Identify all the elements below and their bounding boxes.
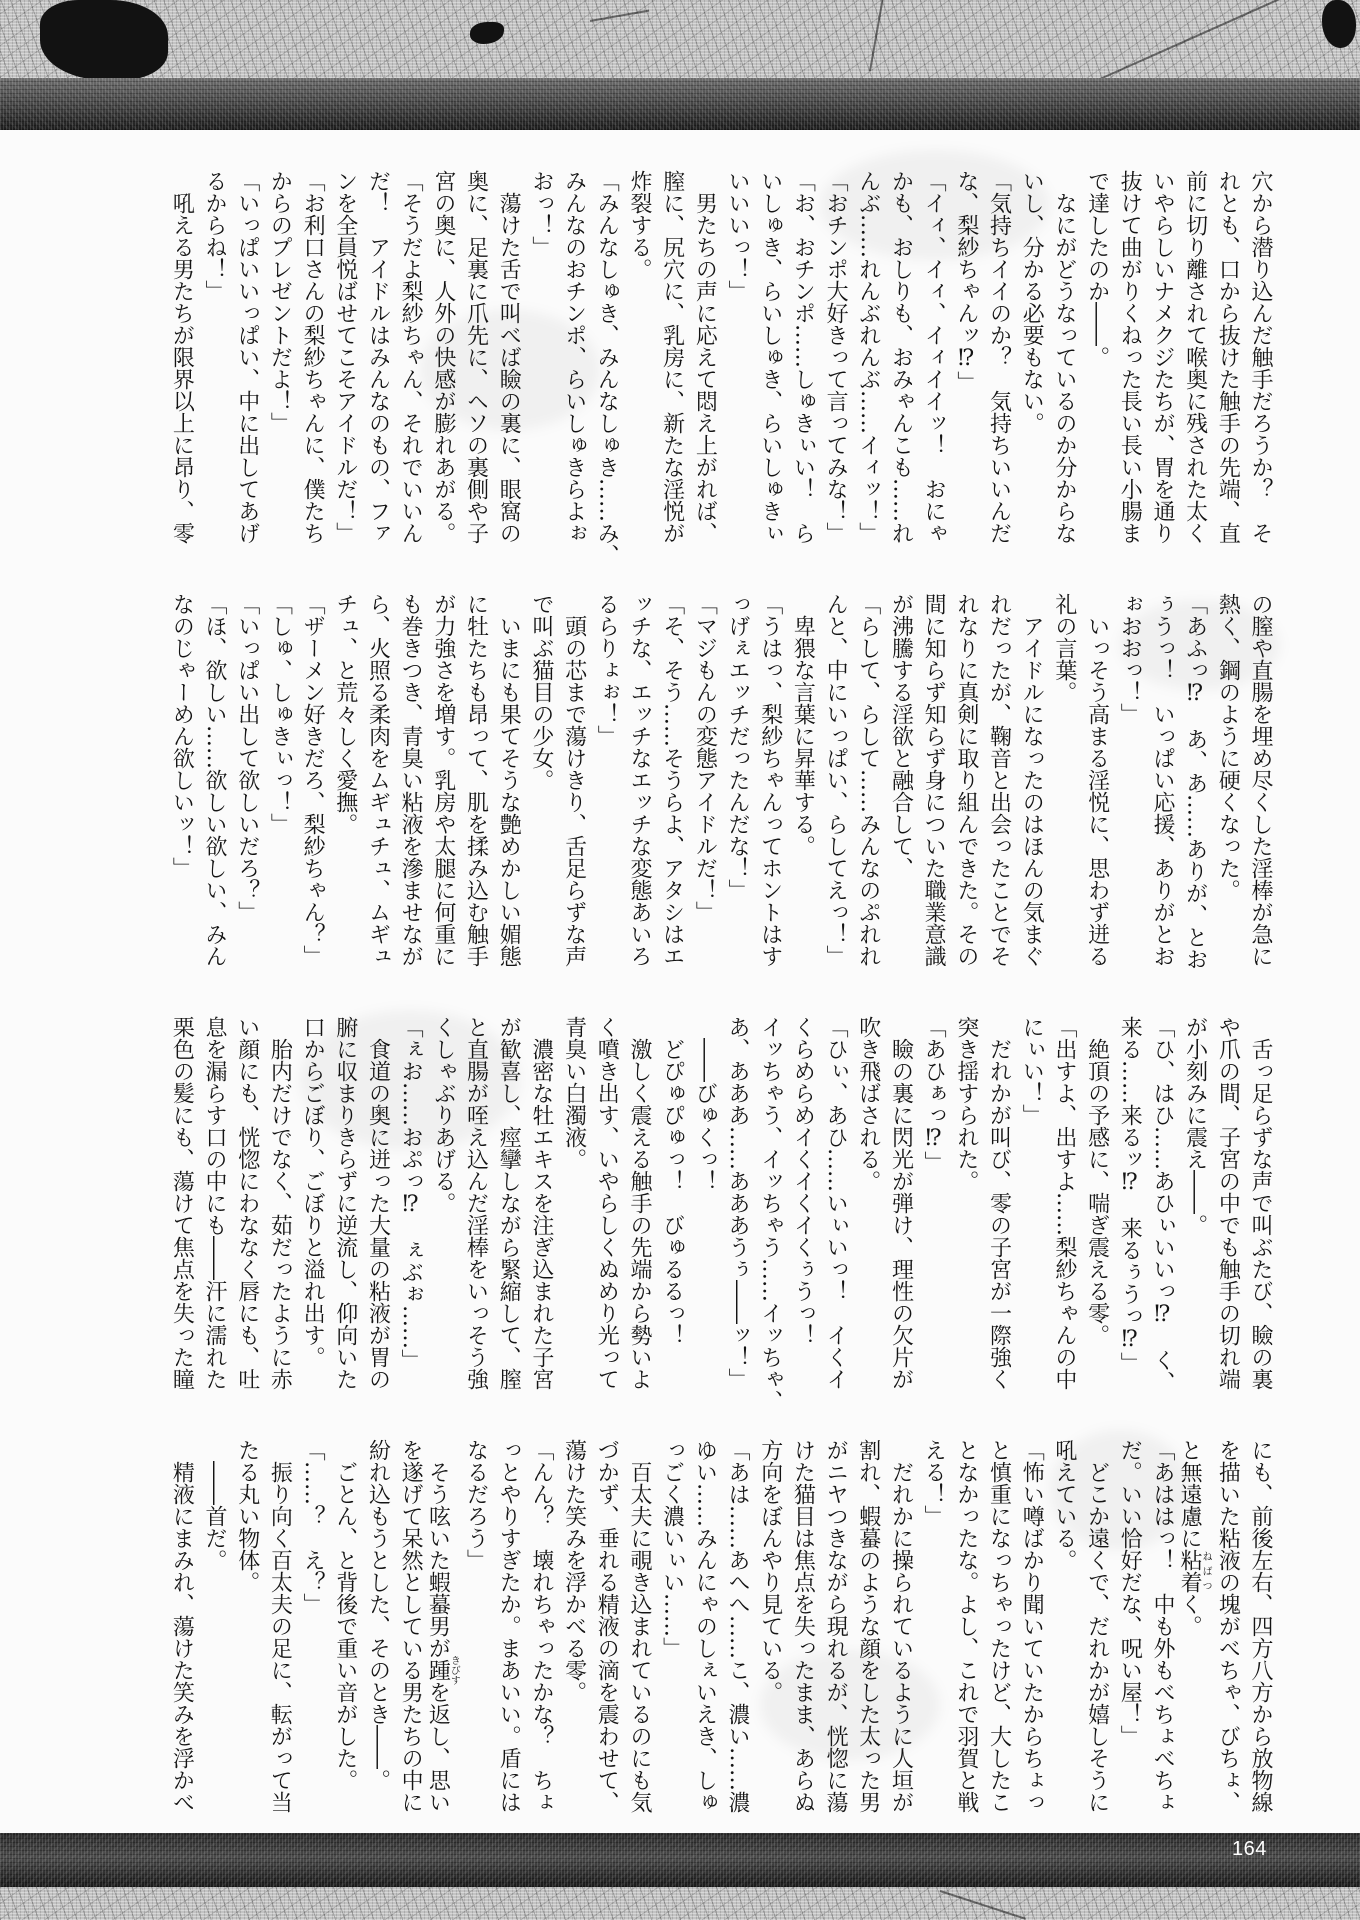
text-column: 方向をぼんやり見ている。 (753, 1439, 786, 1819)
text-column: える！」 (916, 1439, 949, 1819)
text-column: 「気持ちイイのか？ 気持ちいいんだ (982, 170, 1015, 550)
text-column: に牡たちも昂って、肌を揉み込む触手 (459, 593, 492, 973)
text-column: ッチな、エッチなエッチな変態あいろ (622, 593, 655, 973)
text-column: そう呟いた蝦蟇男が踵きびすを返し、思い (426, 1439, 459, 1819)
text-column: 「ひぃ、あひ……いぃいっ！ イくイ (818, 1016, 851, 1396)
text-column: みんなのおチンポ、らいしゅきらよぉ (557, 170, 590, 550)
text-column: な、梨紗ちゃんッ⁉」 (949, 170, 982, 550)
text-column: 百太夫に覗き込まれているのにも気 (622, 1439, 655, 1819)
text-column: 「マジもんの変態アイドルだ！」 (688, 593, 721, 973)
text-column: 精液にまみれ、蕩けた笑みを浮かべ (165, 1439, 198, 1819)
header-ink-blot-left (40, 0, 168, 80)
header-dark-band (0, 78, 1360, 130)
text-column: 「そうだよ梨紗ちゃん、それでいいん (393, 170, 426, 550)
text-column: 吼えている。 (1047, 1439, 1080, 1819)
text-column: 「いっぱいいっぱい、中に出してあげ (230, 170, 263, 550)
text-column: 激しく震える触手の先端から勢いよ (622, 1016, 655, 1396)
ruby-reading: きびす (448, 1655, 459, 1685)
text-column: 奥に、足裏に爪先に、ヘソの裏側や子 (459, 170, 492, 550)
text-column: いまにも果てそうな艶めかしい媚態 (492, 593, 525, 973)
text-column: いいいっ！」 (720, 170, 753, 550)
text-column: 腑に収まりきらずに逆流し、仰向いた (328, 1016, 361, 1396)
text-column: 濃密な牡エキスを注ぎ込まれた子宮 (524, 1016, 557, 1396)
text-column: からのプレゼントだよ！」 (263, 170, 296, 550)
text-column: い顔にも、恍惚にわななく唇にも、吐 (230, 1016, 263, 1396)
text-column: がニヤつきながら現れるが、恍惚に蕩 (818, 1439, 851, 1819)
text-column: 蕩けた笑みを浮かべる零。 (557, 1439, 590, 1819)
text-column: づかず、垂れる精液の滴を震わせて、 (590, 1439, 623, 1819)
text-column: ――首だ。 (197, 1439, 230, 1819)
text-column: なるだろう」 (459, 1439, 492, 1819)
text-column: 「うはっ、梨紗ちゃんってホントはす (753, 593, 786, 973)
text-column: アイドルになったのはほんの気まぐ (1015, 593, 1048, 973)
text-column: と直腸が咥え込んだ淫棒をいっそう強 (459, 1016, 492, 1396)
text-column: 振り向く百太夫の足に、転がって当 (263, 1439, 296, 1819)
text-segment: と無遠慮に (1177, 1439, 1202, 1549)
text-column: れとも、口から抜けた触手の先端、直 (1211, 170, 1244, 550)
text-column: 前に切り離されて喉奥に残された太く (1178, 170, 1211, 550)
text-column: んぶ……れんぶれんぶ……イィッ！」 (851, 170, 884, 550)
text-column: 胎内だけでなく、茹だったように赤 (263, 1016, 296, 1396)
text-column: くしゃぶりあげる。 (426, 1016, 459, 1396)
text-column: にも、前後左右、四方八方から放物線 (1243, 1439, 1276, 1819)
text-column: 男たちの声に応えて悶え上がれば、 (688, 170, 721, 550)
text-column: が力強さを増す。乳房や太腿に何重に (426, 593, 459, 973)
ruby-base: 粘着 (1177, 1549, 1202, 1593)
text-column: あ、あああ……あああうぅ――ッ！」 (720, 1016, 753, 1396)
text-column: 宮の奥に、人外の快感が膨れあがる。 (426, 170, 459, 550)
text-column: 「出すよ、出すよ……梨紗ちゃんの中 (1047, 1016, 1080, 1396)
text-column: となかったな。よし、これで羽賀と戦 (949, 1439, 982, 1819)
text-column: 「いっぱい出して欲しいだろ？」 (230, 593, 263, 973)
text-column: 「ザーメン好きだろ、梨紗ちゃん？」 (295, 593, 328, 973)
text-column: ら、火照る柔肉をムギュチュ、ムギュ (361, 593, 394, 973)
text-column: 吹き飛ばされる。 (851, 1016, 884, 1396)
text-column: だれかが叫び、零の子宮が一際強く (982, 1016, 1015, 1396)
text-column: 間に知らず知らず身についた職業意識 (916, 593, 949, 973)
text-column: 「おチンポ大好きって言ってみな！」 (818, 170, 851, 550)
text-segment: く。 (1177, 1593, 1202, 1637)
text-column: が歓喜し、痙攣しながら緊縮して、膣 (492, 1016, 525, 1396)
ruby-annotation: 粘着ねばつ (1177, 1549, 1202, 1593)
text-column: 「あははっ！ 中も外もべちょべちょ (1145, 1439, 1178, 1819)
text-column: るらりょぉ！」 (590, 593, 623, 973)
text-column: だ。いい恰好だな、呪い屋！」 (1113, 1439, 1146, 1819)
text-column: 「みんなしゅき、みんなしゅき……み、 (590, 170, 623, 550)
text-column: 「お、おチンポ……しゅきぃい！ ら (786, 170, 819, 550)
text-column: 食道の奥に迸った大量の粘液が胃の (361, 1016, 394, 1396)
text-column: で達したのか――。 (1080, 170, 1113, 550)
text-segment: を返し、思い (425, 1681, 450, 1813)
text-column: 「お利口さんの梨紗ちゃんに、僕たち (295, 170, 328, 550)
text-column: んと、中にいっぱい、らしてえっ！」 (818, 593, 851, 973)
text-column: いし、分かる必要もない。 (1015, 170, 1048, 550)
text-column: どこか遠くで、だれかが嬉しそうに (1080, 1439, 1113, 1819)
text-column: なのじゃーめん欲しいッ！」 (165, 593, 198, 973)
text-column: 来る……来るッ⁉ 来るぅうっ⁉」 (1113, 1016, 1146, 1396)
text-column: や爪の間、子宮の中でも触手の切れ端 (1211, 1016, 1244, 1396)
text-column: 「ほ、欲しい……欲しい欲しい、みん (197, 593, 230, 973)
text-column: ゆい……みんにゃのしぇいえき、しゅ (688, 1439, 721, 1819)
text-block-3: 舌っ足らずな声で叫ぶたび、瞼の裏 や爪の間、子宮の中でも触手の切れ端 が小刻みに… (164, 1016, 1276, 1396)
text-column: も巻きつき、青臭い粘液を滲ませなが (393, 593, 426, 973)
text-column: くらめらめイくイくイくぅうっ！ (786, 1016, 819, 1396)
text-column: と慎重になっちゃったけど、大したこ (982, 1439, 1015, 1819)
text-column: たる丸い物体。 (230, 1439, 263, 1819)
text-column: なにがどうなっているのか分からな (1047, 170, 1080, 550)
text-column: ――びゅくっ！ (688, 1016, 721, 1396)
text-column: ンを全員悦ばせてこそアイドルだ！」 (328, 170, 361, 550)
header-texture-band (0, 0, 1360, 78)
text-column: だ！ アイドルはみんなのもの、ファ (361, 170, 394, 550)
ruby-reading: ねばつ (1200, 1549, 1211, 1593)
text-column: で叫ぶ猫目の少女。 (524, 593, 557, 973)
text-column: 「あひぁっ⁉」 (916, 1016, 949, 1396)
text-column: だれかに操られているように人垣が (884, 1439, 917, 1819)
text-column: イッちゃう、イッちゃう……イッちゃ、 (753, 1016, 786, 1396)
text-column: 蕩けた舌で叫べば瞼の裏に、眼窩の (492, 170, 525, 550)
text-column: ぅうっ！ いっぱい応援、ありがとお (1145, 593, 1178, 973)
text-column: おっ！」 (524, 170, 557, 550)
text-block-4: にも、前後左右、四方八方から放物線 を描いた粘液の塊がべちゃ、びちょ、 と無遠慮… (164, 1439, 1276, 1819)
text-column: にぃい！」 (1015, 1016, 1048, 1396)
text-column: を遂げて呆然としている男たちの中に (393, 1439, 426, 1819)
text-column: 口からごぼり、ごぼりと溢れ出す。 (295, 1016, 328, 1396)
text-column: の膣や直腸を埋め尽くした淫棒が急に (1243, 593, 1276, 973)
text-column: けた猫目は焦点を失ったまま、あらぬ (786, 1439, 819, 1819)
text-column: 「んん？ 壊れちゃったかな？ ちょ (524, 1439, 557, 1819)
text-column: く噴き出す、いやらしくぬめり光って (590, 1016, 623, 1396)
text-column: 抜けて曲がりくねった長い長い小腸ま (1113, 170, 1146, 550)
text-segment: そう呟いた蝦蟇男が (425, 1439, 450, 1659)
text-column: 「らして、らして……みんなのぷれれ (851, 593, 884, 973)
text-column: っごく濃いぃい……」 (655, 1439, 688, 1819)
text-column: と無遠慮に粘着ねばつく。 (1178, 1439, 1211, 1819)
text-column: かも、おしりも、おみゃんこも……れ (884, 170, 917, 550)
text-column: れなりに真剣に取り組んできた。その (949, 593, 982, 973)
text-column: を描いた粘液の塊がべちゃ、びちょ、 (1211, 1439, 1244, 1819)
text-column: 「あふっ⁉ あ、あ……ありが、とお (1178, 593, 1211, 973)
text-column: どぴゅぴゅっ！ びゅるるっ！ (655, 1016, 688, 1396)
text-column: 「そ、そう……そうらよ、アタシはエ (655, 593, 688, 973)
text-column: いっそう高まる淫悦に、思わず迸る (1080, 593, 1113, 973)
text-column: 舌っ足らずな声で叫ぶたび、瞼の裏 (1243, 1016, 1276, 1396)
text-column: 「あは……あへへ……こ、濃い……濃 (720, 1439, 753, 1819)
text-column: いやらしいナメクジたちが、胃を通り (1145, 170, 1178, 550)
text-column: るからね！」 (197, 170, 230, 550)
text-column: 「ぇお……おぷっ⁉ ぇぶぉ……」 (393, 1016, 426, 1396)
text-column: っとやりすぎたか。まあいい。盾には (492, 1439, 525, 1819)
text-column: が沸騰する淫欲と融合して、 (884, 593, 917, 973)
text-column: 卑猥な言葉に昇華する。 (786, 593, 819, 973)
header-ink-blot-right (1322, 0, 1356, 48)
text-column: チュ、と荒々しく愛撫。 (328, 593, 361, 973)
text-column: ぉおおっ！」 (1113, 593, 1146, 973)
text-column: 「イィ、イィ、イィイイッ！ おにゃ (916, 170, 949, 550)
text-column: 栗色の髪にも、蕩けて焦点を失った瞳 (165, 1016, 198, 1396)
text-column: 息を漏らす口の中にも――汗に濡れた (197, 1016, 230, 1396)
text-column: 突き揺すられた。 (949, 1016, 982, 1396)
text-column: 割れ、蝦蟇のような顔をした太った男 (851, 1439, 884, 1819)
text-column: 瞼の裏に閃光が弾け、理性の欠片が (884, 1016, 917, 1396)
text-block-1: 穴から潜り込んだ触手だろうか？ そ れとも、口から抜けた触手の先端、直 前に切り… (164, 170, 1276, 550)
text-column: 「ひ、はひ……あひぃいいっ⁉ く、 (1145, 1016, 1178, 1396)
text-column: 熱く、鋼のように硬くなった。 (1211, 593, 1244, 973)
text-column: っげぇエッチだったんだな！」 (720, 593, 753, 973)
footer-dark-band (0, 1833, 1360, 1887)
text-column: 穴から潜り込んだ触手だろうか？ そ (1243, 170, 1276, 550)
text-column: 吼える男たちが限界以上に昂り、零 (165, 170, 198, 550)
footer-texture-band (0, 1887, 1360, 1920)
text-block-2: の膣や直腸を埋め尽くした淫棒が急に 熱く、鋼のように硬くなった。 「あふっ⁉ あ… (164, 593, 1276, 973)
text-column: 「……？ え？」 (295, 1439, 328, 1819)
text-column: 「怖い噂ばかり聞いていたからちょっ (1015, 1439, 1048, 1819)
page-number: 164 (1232, 1838, 1267, 1861)
text-column: 青臭い白濁液。 (557, 1016, 590, 1396)
text-column: いしゅき、らいしゅき、らいしゅきぃ (753, 170, 786, 550)
text-column: れだったが、鞠音と出会ったことでそ (982, 593, 1015, 973)
ruby-annotation: 踵きびす (425, 1659, 450, 1681)
text-column: が小刻みに震え――。 (1178, 1016, 1211, 1396)
text-column: 礼の言葉。 (1047, 593, 1080, 973)
text-column: 頭の芯まで蕩けきり、舌足らずな声 (557, 593, 590, 973)
text-column: 「しゅ、しゅきぃっ！」 (263, 593, 296, 973)
text-column: 絶頂の予感に、喘ぎ震える零。 (1080, 1016, 1113, 1396)
text-column: 膣に、尻穴に、乳房に、新たな淫悦が (655, 170, 688, 550)
text-column: 炸裂する。 (622, 170, 655, 550)
text-column: 紛れ込もうとした、そのとき――。 (361, 1439, 394, 1819)
text-column: ごとん、と背後で重い音がした。 (328, 1439, 361, 1819)
